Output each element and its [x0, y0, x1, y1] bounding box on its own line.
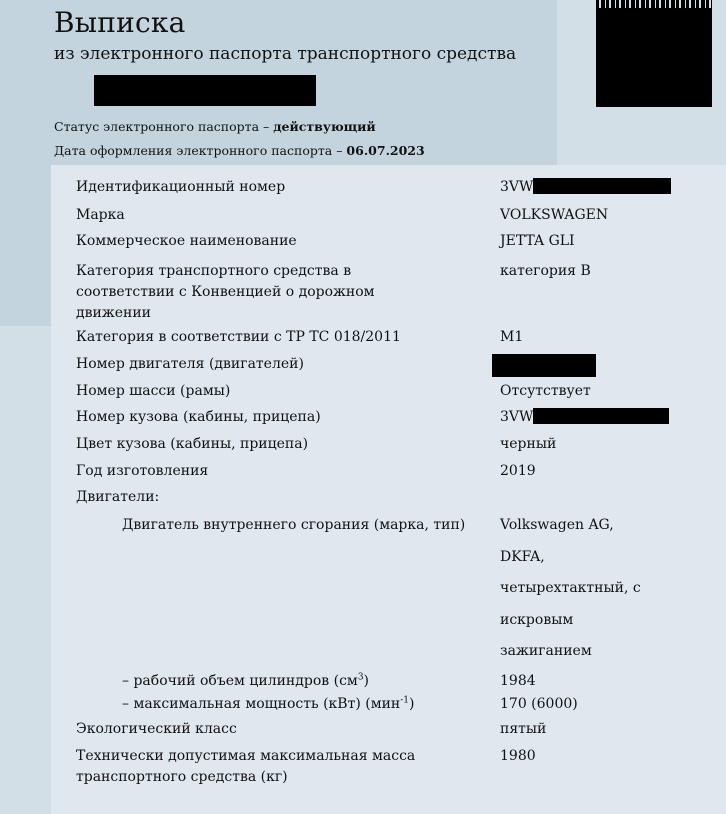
body-number-value: 3VW: [500, 407, 680, 428]
date-label: Дата оформления электронного паспорта –: [54, 143, 346, 158]
convention-category-label: Категория транспортного средства в соотв…: [76, 261, 406, 324]
make-value: VOLKSWAGEN: [500, 205, 680, 226]
vin-label: Идентификационный номер: [76, 177, 406, 198]
displacement-text-end: ): [364, 673, 369, 689]
eco-class-value: пятый: [500, 719, 680, 740]
displacement-label: – рабочий объем цилиндров (см3): [122, 671, 502, 692]
vin-value: 3VW: [500, 177, 680, 198]
make-label: Марка: [76, 205, 406, 226]
power-text: – максимальная мощность (кВт) (мин: [122, 696, 400, 712]
engine-type-label: Двигатель внутреннего сгорания (марка, т…: [122, 515, 502, 536]
body-color-label: Цвет кузова (кабины, прицепа): [76, 434, 406, 455]
max-mass-value: 1980: [500, 746, 680, 767]
displacement-text: – рабочий объем цилиндров (см: [122, 673, 358, 689]
body-color-value: черный: [500, 434, 680, 455]
body-number-redacted: [533, 408, 669, 424]
engine-ignition-1: искровым: [500, 605, 680, 637]
document-title: Выписка: [54, 6, 185, 39]
power-unit-sup: -1: [400, 695, 409, 705]
engine-type-value: Volkswagen AG, DKFA, четырехтактный, с и…: [500, 510, 680, 668]
passport-date: Дата оформления электронного паспорта – …: [54, 143, 425, 158]
commercial-name-label: Коммерческое наименование: [76, 231, 406, 252]
passport-status: Статус электронного паспорта – действующ…: [54, 119, 376, 134]
qr-code-edge: [596, 0, 712, 8]
power-label: – максимальная мощность (кВт) (мин-1): [122, 694, 502, 715]
engine-number-value: [500, 354, 680, 379]
qr-code-redacted: [596, 0, 712, 107]
power-text-end: ): [409, 696, 414, 712]
body-number-label: Номер кузова (кабины, прицепа): [76, 407, 406, 428]
redacted-owner-block: [94, 75, 316, 106]
engine-number-redacted: [492, 354, 596, 377]
document-subtitle: из электронного паспорта транспортного с…: [54, 44, 516, 64]
chassis-number-label: Номер шасси (рамы): [76, 381, 406, 402]
convention-category-value: категория B: [500, 261, 680, 282]
status-label: Статус электронного паспорта –: [54, 119, 273, 134]
engine-code: DKFA,: [500, 542, 680, 574]
vin-redacted: [533, 178, 671, 194]
engine-ignition-2: зажиганием: [500, 636, 680, 668]
year-label: Год изготовления: [76, 461, 406, 482]
date-value: 06.07.2023: [346, 143, 424, 158]
body-number-prefix: 3VW: [500, 409, 533, 425]
eco-class-label: Экологический класс: [76, 719, 406, 740]
displacement-value: 1984: [500, 671, 680, 692]
engine-number-label: Номер двигателя (двигателей): [76, 354, 406, 375]
vin-prefix: 3VW: [500, 179, 533, 195]
engines-label: Двигатели:: [76, 487, 406, 508]
status-value: действующий: [273, 119, 375, 134]
tr-category-value: M1: [500, 327, 680, 348]
engine-maker: Volkswagen AG,: [500, 510, 680, 542]
tr-category-label: Категория в соответствии с ТР ТС 018/201…: [76, 327, 406, 348]
commercial-name-value: JETTA GLI: [500, 231, 680, 252]
year-value: 2019: [500, 461, 680, 482]
vehicle-details-card: Идентификационный номер 3VW Марка VOLKSW…: [51, 165, 726, 814]
engine-cycle: четырехтактный, с: [500, 573, 680, 605]
power-value: 170 (6000): [500, 694, 680, 715]
max-mass-label: Технически допустимая максимальная масса…: [76, 746, 421, 788]
chassis-number-value: Отсутствует: [500, 381, 680, 402]
